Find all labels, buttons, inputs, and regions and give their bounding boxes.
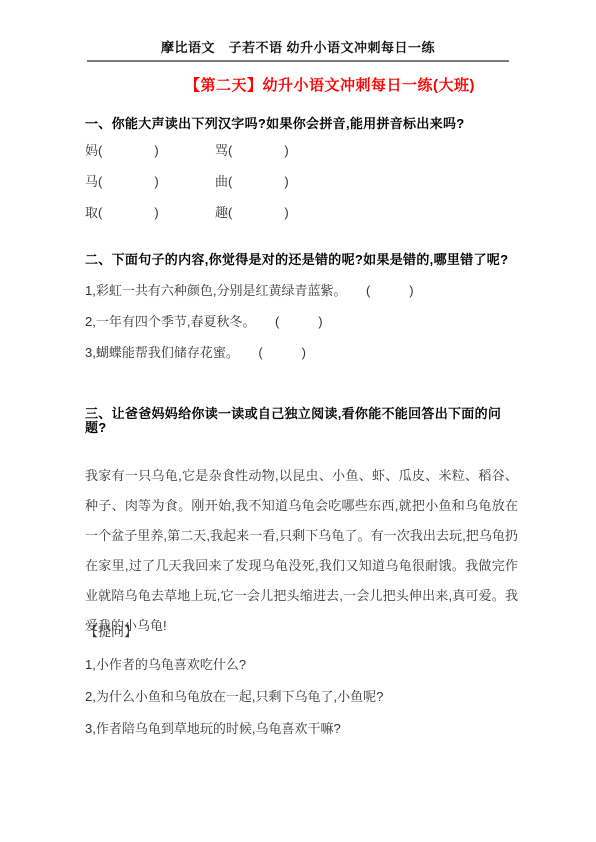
hanzi-cell-qu-song: 曲( ) (215, 174, 289, 189)
hanzi-cell-ma-horse: 马( ) (85, 175, 215, 189)
hanzi-cell-ma-mother: 妈( ) (85, 144, 215, 158)
hanzi-cell-qu-take: 取( ) (85, 206, 215, 220)
hanzi-row: 妈( )骂( ) (85, 144, 518, 158)
questions-label: 【提问】 (85, 625, 137, 639)
statement-item: 2,一年有四个季节,春夏秋冬。 ( ) (85, 315, 545, 328)
page-title: 【第二天】幼升小语文冲刺每日一练(大班) (185, 78, 475, 94)
section-1-heading: 一、你能大声读出下列汉字吗?如果你会拼音,能用拼音标出来吗? (85, 117, 518, 131)
question-item: 3,作者陪乌龟到草地玩的时候,乌龟喜欢干嘛? (85, 722, 545, 735)
statement-list: 1,彩虹一共有六种颜色,分别是红黄绿青蓝紫。 ( ) 2,一年有四个季节,春夏秋… (85, 284, 545, 377)
question-item: 1,小作者的乌龟喜欢吃什么? (85, 658, 545, 671)
statement-item: 1,彩虹一共有六种颜色,分别是红黄绿青蓝紫。 ( ) (85, 284, 545, 297)
hanzi-row: 马( )曲( ) (85, 175, 518, 189)
question-item: 2,为什么小鱼和乌龟放在一起,只剩下乌龟了,小鱼呢? (85, 690, 545, 703)
section-3-heading: 三、让爸爸妈妈给你读一读或自己独立阅读,看你能不能回答出下面的问题? (85, 407, 518, 435)
hanzi-row: 取( )趣( ) (85, 206, 518, 220)
reading-passage: 我家有一只乌龟,它是杂食性动物,以昆虫、小鱼、虾、瓜皮、米粒、稻谷、种子、肉等为… (85, 461, 518, 641)
page-header: 摩比语文 子若不语 幼升小语文冲刺每日一练 (0, 41, 596, 55)
question-list: 1,小作者的乌龟喜欢吃什么? 2,为什么小鱼和乌龟放在一起,只剩下乌龟了,小鱼呢… (85, 658, 545, 754)
hanzi-cell-qu-interest: 趣( ) (215, 205, 289, 220)
header-rule (87, 60, 509, 62)
statement-item: 3,蝴蝶能帮我们储存花蜜。 ( ) (85, 346, 545, 359)
hanzi-cell-ma-scold: 骂( ) (215, 143, 289, 158)
worksheet-page: 摩比语文 子若不语 幼升小语文冲刺每日一练 【第二天】幼升小语文冲刺每日一练(大… (0, 0, 596, 842)
section-2-heading: 二、下面句子的内容,你觉得是对的还是错的呢?如果是错的,哪里错了呢? (85, 253, 518, 267)
